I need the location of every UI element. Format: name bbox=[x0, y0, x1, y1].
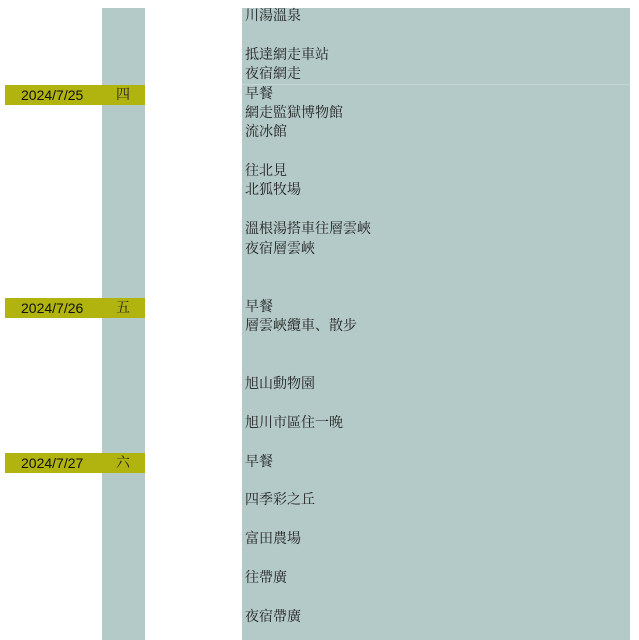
activity-item: 抵達網走車站 bbox=[245, 46, 329, 64]
row-divider bbox=[242, 84, 630, 85]
activity-item: 層雲峽纜車、散步 bbox=[245, 317, 357, 335]
activity-item: 往帶廣 bbox=[245, 569, 287, 587]
activity-item: 四季彩之丘 bbox=[245, 491, 315, 509]
date-label: 2024/7/27 bbox=[21, 453, 83, 473]
activity-item: 川湯溫泉 bbox=[245, 7, 301, 25]
activity-item: 夜宿網走 bbox=[245, 65, 301, 83]
activity-item: 早餐 bbox=[245, 298, 273, 316]
day-bar-2024-7-27: 2024/7/27 六 bbox=[5, 453, 145, 473]
date-label: 2024/7/26 bbox=[21, 298, 83, 318]
activity-item: 網走監獄博物館 bbox=[245, 104, 343, 122]
weekday-label: 六 bbox=[116, 453, 130, 473]
activity-item: 流冰館 bbox=[245, 123, 287, 141]
activity-item: 北狐牧場 bbox=[245, 181, 301, 199]
activity-item: 旭山動物園 bbox=[245, 375, 315, 393]
activity-item: 溫根湯搭車往層雲峽 bbox=[245, 220, 371, 238]
weekday-label: 五 bbox=[116, 298, 130, 318]
activity-item: 旭川市區住一晚 bbox=[245, 414, 343, 432]
activity-item: 早餐 bbox=[245, 85, 273, 103]
activity-item: 往北見 bbox=[245, 162, 287, 180]
day-bar-2024-7-26: 2024/7/26 五 bbox=[5, 298, 145, 318]
weekday-label: 四 bbox=[116, 85, 130, 105]
date-label: 2024/7/25 bbox=[21, 85, 83, 105]
activity-item: 富田農場 bbox=[245, 530, 301, 548]
activity-item: 夜宿層雲峽 bbox=[245, 240, 315, 258]
activity-item: 早餐 bbox=[245, 453, 273, 471]
day-bar-2024-7-25: 2024/7/25 四 bbox=[5, 85, 145, 105]
activity-item: 夜宿帶廣 bbox=[245, 608, 301, 626]
